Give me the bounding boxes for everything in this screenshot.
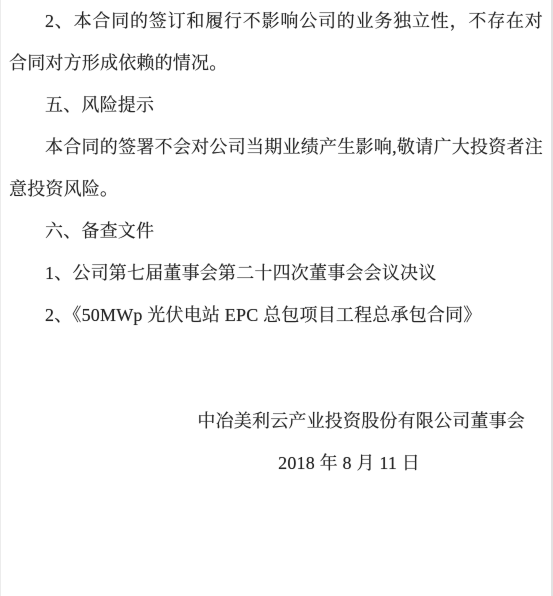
- section-heading-reference-documents: 六、备查文件: [9, 210, 543, 252]
- signature-block: 中冶美利云产业投资股份有限公司董事会 2018 年 8 月 11 日: [9, 400, 543, 484]
- document-page: 2、本合同的签订和履行不影响公司的业务独立性，不存在对合同对方形成依赖的情况。 …: [0, 0, 553, 596]
- section-heading-risk-notice: 五、风险提示: [9, 84, 543, 126]
- paragraph-contract-independence: 2、本合同的签订和履行不影响公司的业务独立性，不存在对合同对方形成依赖的情况。: [9, 0, 543, 84]
- list-item-epc-contract: 2、《50MWp 光伏电站 EPC 总包项目工程总承包合同》: [9, 294, 543, 336]
- paragraph-risk-statement: 本合同的签署不会对公司当期业绩产生影响,敬请广大投资者注意投资风险。: [9, 126, 543, 210]
- list-item-board-resolution: 1、公司第七届董事会第二十四次董事会会议决议: [9, 252, 543, 294]
- signature-date: 2018 年 8 月 11 日: [278, 442, 420, 484]
- signature-company: 中冶美利云产业投资股份有限公司董事会: [197, 400, 525, 442]
